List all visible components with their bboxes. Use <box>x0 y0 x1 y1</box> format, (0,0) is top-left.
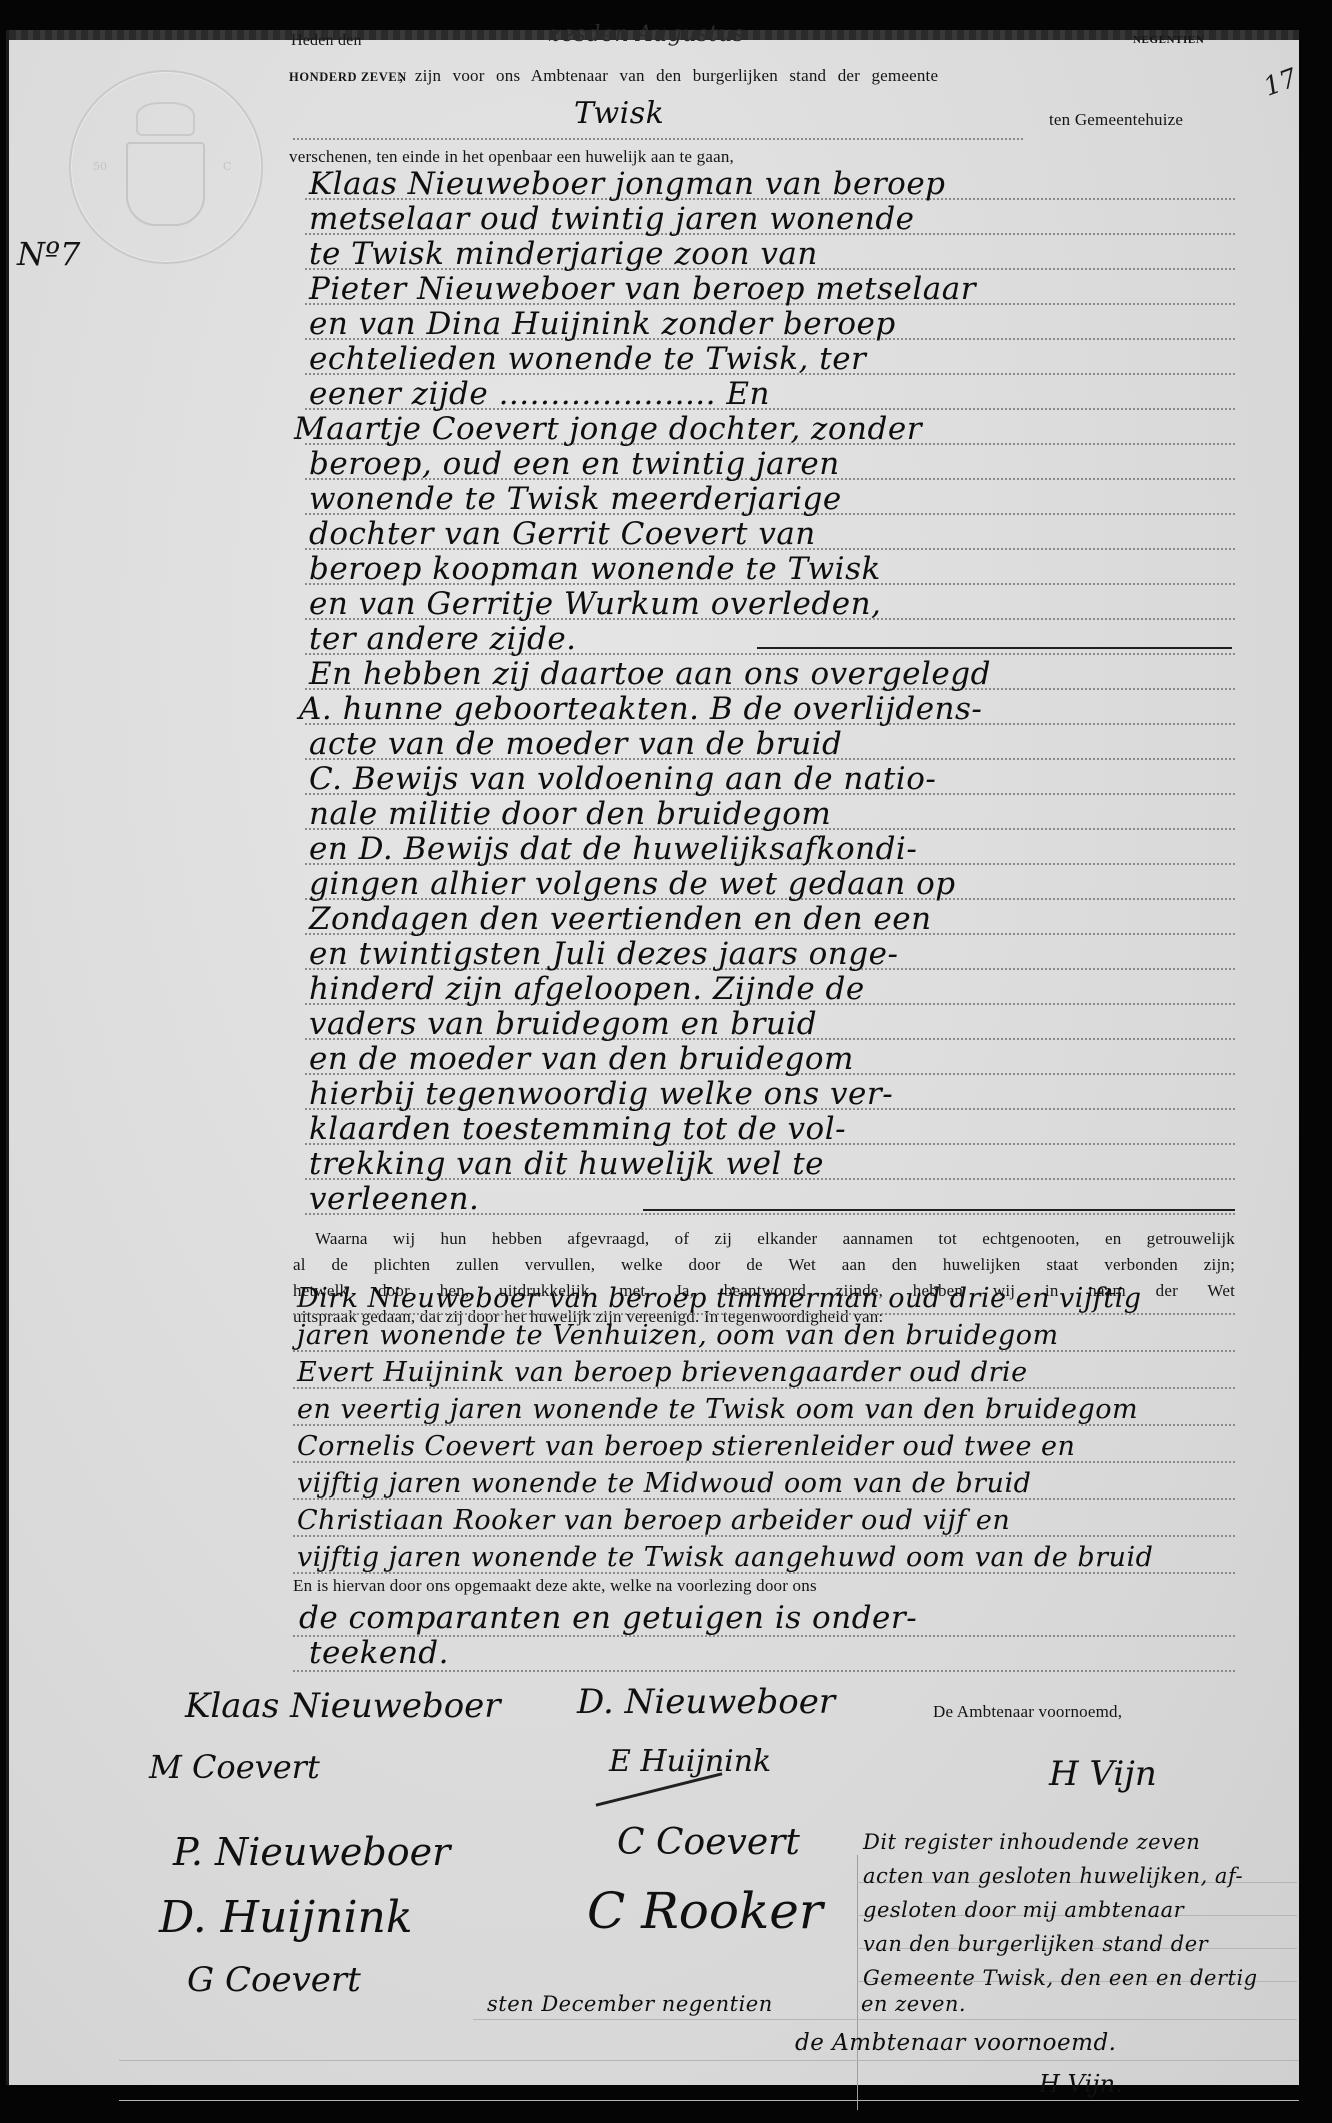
seal-value: 50 <box>93 160 107 173</box>
ruled-line <box>473 2019 1297 2020</box>
closing-handwritten-line: de comparanten en getuigen is onder- <box>299 1600 917 1636</box>
header-gemeentehuize: ten Gemeentehuize <box>1049 110 1183 130</box>
document-line: A. hunne geboorteakten. B de overlijdens… <box>299 691 982 727</box>
closing-printed: En is hiervan door ons opgemaakt deze ak… <box>293 1576 817 1596</box>
seal-letter: C <box>223 160 231 173</box>
party-line: echtelieden wonende te Twisk, ter <box>309 341 866 377</box>
closure-line: Dit register inhoudende zeven <box>863 1830 1200 1854</box>
header-honderd-zeven: HONDERD ZEVEN <box>289 70 407 85</box>
signature-groom: Klaas Nieuweboer <box>185 1686 501 1726</box>
document-line: en de moeder van den bruidegom <box>309 1041 854 1077</box>
document-line: En hebben zij daartoe aan ons overgelegd <box>309 656 991 692</box>
header-place: Twisk <box>574 96 664 131</box>
party-line: te Twisk minderjarige zoon van <box>309 236 818 272</box>
party-line: en van Dina Huijnink zonder beroep <box>309 306 896 342</box>
signature-official: H Vijn <box>1049 1754 1157 1794</box>
party-line: beroep koopman wonende te Twisk <box>309 551 881 587</box>
signature-mother-groom: D. Huijnink <box>159 1892 413 1943</box>
official-label: De Ambtenaar voornoemd, <box>933 1702 1122 1722</box>
party-line: Maartje Coevert jonge dochter, zonder <box>294 411 922 447</box>
party-line: Pieter Nieuweboer van beroep metselaar <box>309 271 976 307</box>
closing-handwritten-line: teekend. <box>309 1635 449 1671</box>
dotted-line <box>293 138 1023 140</box>
document-line: hinderd zijn afgeloopen. Zijnde de <box>309 971 865 1007</box>
witness-line: vijftig jaren wonende te Midwoud oom van… <box>297 1468 1031 1499</box>
header-heden: Heden den <box>291 32 362 50</box>
signature-father-groom: P. Nieuweboer <box>173 1830 450 1874</box>
document-line: hierbij tegenwoordig welke ons ver- <box>309 1076 893 1112</box>
party-line: metselaar oud twintig jaren wonende <box>309 201 915 237</box>
header-ambtenaar-line: , zijn voor ons Ambtenaar van den burger… <box>399 66 938 86</box>
document-line: en D. Bewijs dat de huwelijksafkondi- <box>309 831 917 867</box>
document-line: C. Bewijs van voldoening aan de natio- <box>309 761 936 797</box>
ceremony-line: al de plichten zullen vervullen, welke d… <box>293 1255 1235 1275</box>
party-line: eener zijde ..................... En <box>309 376 770 412</box>
party-line: ter andere zijde. <box>309 621 577 657</box>
header-verschenen: verschenen, ten einde in het openbaar ee… <box>289 147 734 167</box>
witness-line: jaren wonende te Venhuizen, oom van den … <box>297 1320 1059 1351</box>
document-line: Zondagen den veertienden en den een <box>309 901 932 937</box>
party-line: en van Gerritje Wurkum overleden, <box>309 586 881 622</box>
closure-date-continuation: en zeven. <box>861 1992 966 2016</box>
record-number: Nº7 <box>17 235 80 273</box>
header-negentien: NEGENTIEN <box>1133 34 1204 46</box>
signature-bride: M Coevert <box>149 1748 320 1786</box>
document-line: acte van de moeder van de bruid <box>309 726 842 762</box>
witness-line: Christiaan Rooker van beroep arbeider ou… <box>297 1505 1010 1536</box>
document-line: vaders van bruidegom en bruid <box>309 1006 817 1042</box>
closing-rule <box>643 1209 1235 1211</box>
document-page: 50 C Nº7 17 Heden den zesden Augustus NE… <box>6 30 1299 2085</box>
witness-line: Cornelis Coevert van beroep stierenleide… <box>297 1431 1075 1462</box>
signature-witness-c-rooker: C Rooker <box>587 1882 823 1940</box>
witness-line: en veertig jaren wonende te Twisk oom va… <box>297 1394 1138 1425</box>
closure-signoff: de Ambtenaar voornoemd. <box>795 2030 1116 2056</box>
witness-line: Evert Huijnink van beroep brievengaarder… <box>297 1357 1028 1388</box>
document-line: klaarden toestemming tot de vol- <box>309 1111 846 1147</box>
ceremony-line: Waarna wij hun hebben afgevraagd, of zij… <box>315 1229 1235 1249</box>
closing-rule <box>757 647 1232 649</box>
closure-line: van den burgerlijken stand der <box>863 1932 1208 1956</box>
ruled-line <box>119 2100 1299 2101</box>
document-line: nale militie door den bruidegom <box>309 796 831 832</box>
seal-shield-icon <box>126 142 205 226</box>
document-line: en twintigsten Juli dezes jaars onge- <box>309 936 898 972</box>
seal-crown-icon <box>136 102 195 136</box>
embossed-seal-icon: 50 C <box>69 70 263 264</box>
document-line: trekking van dit huwelijk wel te <box>309 1146 824 1182</box>
document-line: verleenen. <box>309 1181 479 1217</box>
signature-witness-e-huijnink: E Huijnink <box>609 1744 771 1779</box>
signature-witness-d-nieuweboer: D. Nieuweboer <box>577 1682 835 1722</box>
party-line: Klaas Nieuweboer jongman van beroep <box>309 166 946 202</box>
signature-father-bride: G Coevert <box>187 1960 361 2000</box>
ruled-line <box>119 2060 1299 2061</box>
party-line: wonende te Twisk meerderjarige <box>309 481 842 517</box>
closure-date-line: sten December negentien <box>487 1992 773 2016</box>
witness-line: Dirk Nieuweboer van beroep timmerman oud… <box>297 1283 1142 1314</box>
party-line: dochter van Gerrit Coevert van <box>309 516 816 552</box>
closure-signature: H Vijn. <box>1039 2070 1123 2098</box>
witness-line: vijftig jaren wonende te Twisk aangehuwd… <box>297 1542 1153 1573</box>
closure-line: Gemeente Twisk, den een en dertig <box>863 1966 1258 1990</box>
page-corner-number: 17 <box>1260 63 1301 103</box>
party-line: beroep, oud een en twintig jaren <box>309 446 840 482</box>
closure-line: gesloten door mij ambtenaar <box>863 1898 1184 1922</box>
header-date-handwritten: zesden Augustus <box>549 22 745 47</box>
document-line: gingen alhier volgens de wet gedaan op <box>309 866 956 902</box>
closure-line: acten van gesloten huwelijken, af- <box>863 1864 1243 1888</box>
note-box-border <box>857 1855 858 2110</box>
signature-witness-c-coevert: C Coevert <box>617 1822 800 1863</box>
